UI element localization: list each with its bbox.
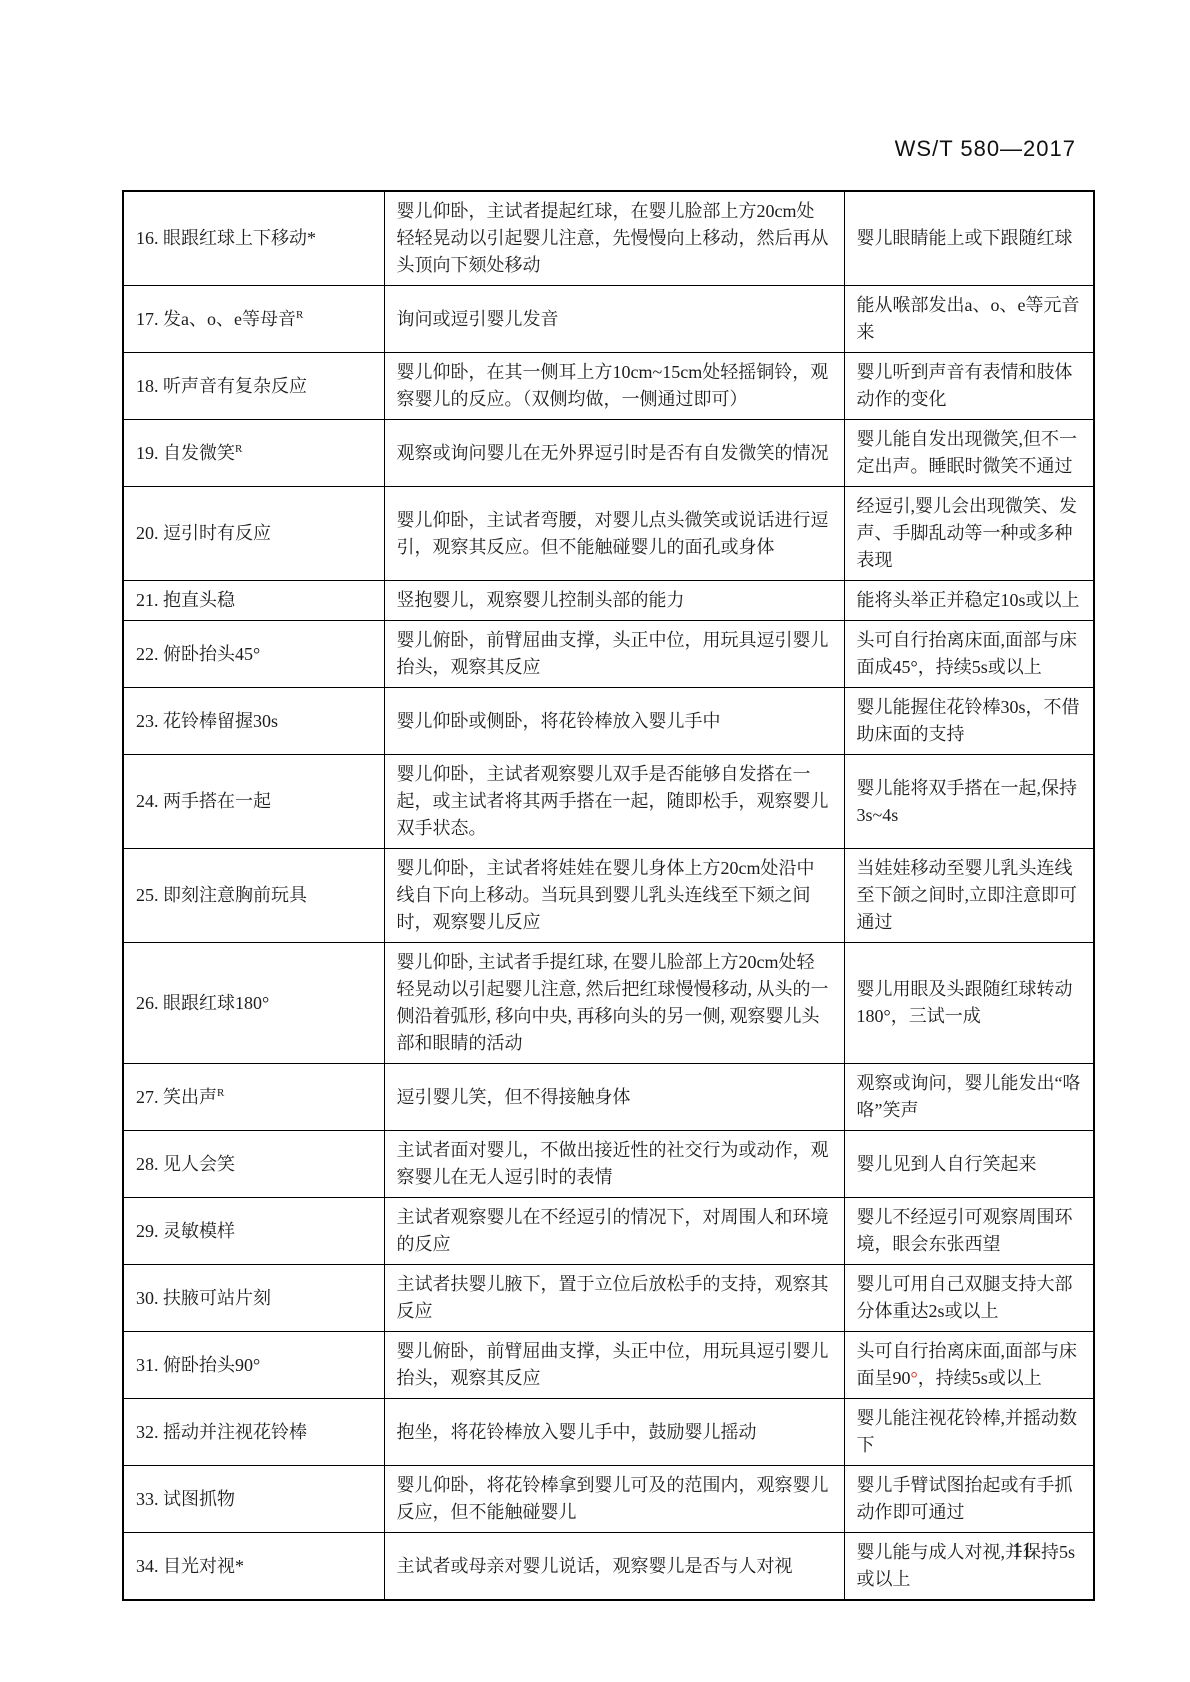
test-method-cell: 逗引婴儿笑，但不得接触身体 [384,1064,844,1131]
table-row: 34. 目光对视*主试者或母亲对婴儿说话，观察婴儿是否与人对视婴儿能与成人对视,… [123,1533,1094,1601]
item-name-cell: 25. 即刻注意胸前玩具 [123,849,384,943]
table-row: 33. 试图抓物婴儿仰卧，将花铃棒拿到婴儿可及的范围内，观察婴儿反应，但不能触碰… [123,1466,1094,1533]
table-row: 30. 扶腋可站片刻主试者扶婴儿腋下，置于立位后放松手的支持，观察其反应婴儿可用… [123,1265,1094,1332]
test-method-cell: 婴儿仰卧，将花铃棒拿到婴儿可及的范围内，观察婴儿反应，但不能触碰婴儿 [384,1466,844,1533]
item-name-cell: 22. 俯卧抬头45° [123,621,384,688]
item-superscript: R [235,443,242,455]
pass-criteria-cell: 婴儿能注视花铃棒,并摇动数下 [844,1399,1094,1466]
test-method-cell: 婴儿仰卧，在其一侧耳上方10cm~15cm处轻摇铜铃，观察婴儿的反应。（双侧均做… [384,353,844,420]
table-row: 20. 逗引时有反应婴儿仰卧，主试者弯腰，对婴儿点头微笑或说话进行逗引，观察其反… [123,487,1094,581]
table-row: 29. 灵敏模样主试者观察婴儿在不经逗引的情况下，对周围人和环境的反应婴儿不经逗… [123,1198,1094,1265]
item-superscript: R [296,309,303,321]
item-name-cell: 33. 试图抓物 [123,1466,384,1533]
item-name-cell: 17. 发a、o、e等母音R [123,286,384,353]
table-row: 25. 即刻注意胸前玩具婴儿仰卧，主试者将娃娃在婴儿身体上方20cm处沿中线自下… [123,849,1094,943]
pass-criteria-cell: 婴儿见到人自行笑起来 [844,1131,1094,1198]
item-name-cell: 27. 笑出声R [123,1064,384,1131]
doc-standard-number: WS/T 580—2017 [895,136,1076,162]
item-name-cell: 16. 眼跟红球上下移动* [123,191,384,286]
pass-criteria-cell: 婴儿听到声音有表情和肢体动作的变化 [844,353,1094,420]
page-number: 11 [1012,1538,1032,1563]
item-name-cell: 24. 两手搭在一起 [123,755,384,849]
item-name-cell: 21. 抱直头稳 [123,581,384,621]
table-row: 19. 自发微笑R观察或询问婴儿在无外界逗引时是否有自发微笑的情况婴儿能自发出现… [123,420,1094,487]
item-name-cell: 23. 花铃棒留握30s [123,688,384,755]
table-row: 26. 眼跟红球180°婴儿仰卧, 主试者手提红球, 在婴儿脸部上方20cm处轻… [123,943,1094,1064]
test-method-cell: 婴儿仰卧，主试者将娃娃在婴儿身体上方20cm处沿中线自下向上移动。当玩具到婴儿乳… [384,849,844,943]
table-row: 27. 笑出声R逗引婴儿笑，但不得接触身体观察或询问，婴儿能发出“咯咯”笑声 [123,1064,1094,1131]
table-row: 31. 俯卧抬头90°婴儿俯卧，前臂屈曲支撑，头正中位，用玩具逗引婴儿抬头，观察… [123,1332,1094,1399]
pass-criteria-cell: 婴儿能自发出现微笑,但不一定出声。睡眠时微笑不通过 [844,420,1094,487]
table-row: 32. 摇动并注视花铃棒抱坐，将花铃棒放入婴儿手中，鼓励婴儿摇动婴儿能注视花铃棒… [123,1399,1094,1466]
test-method-cell: 婴儿俯卧，前臂屈曲支撑，头正中位，用玩具逗引婴儿抬头，观察其反应 [384,621,844,688]
item-name-cell: 31. 俯卧抬头90° [123,1332,384,1399]
pass-criteria-cell: 头可自行抬离床面,面部与床面成45°，持续5s或以上 [844,621,1094,688]
test-method-cell: 主试者扶婴儿腋下，置于立位后放松手的支持，观察其反应 [384,1265,844,1332]
test-method-cell: 婴儿仰卧，主试者提起红球，在婴儿脸部上方20cm处轻轻晃动以引起婴儿注意，先慢慢… [384,191,844,286]
item-name-cell: 30. 扶腋可站片刻 [123,1265,384,1332]
pass-criteria-cell: 观察或询问，婴儿能发出“咯咯”笑声 [844,1064,1094,1131]
pass-criteria-cell: 婴儿用眼及头跟随红球转动180°，三试一成 [844,943,1094,1064]
test-method-cell: 抱坐，将花铃棒放入婴儿手中，鼓励婴儿摇动 [384,1399,844,1466]
pass-criteria-cell: 婴儿能握住花铃棒30s，不借助床面的支持 [844,688,1094,755]
test-method-cell: 观察或询问婴儿在无外界逗引时是否有自发微笑的情况 [384,420,844,487]
test-method-cell: 主试者观察婴儿在不经逗引的情况下，对周围人和环境的反应 [384,1198,844,1265]
pass-criteria-cell: 婴儿能与成人对视,并保持5s或以上 [844,1533,1094,1601]
item-name-cell: 32. 摇动并注视花铃棒 [123,1399,384,1466]
pass-criteria-cell: 婴儿眼睛能上或下跟随红球 [844,191,1094,286]
table-row: 23. 花铃棒留握30s婴儿仰卧或侧卧，将花铃棒放入婴儿手中婴儿能握住花铃棒30… [123,688,1094,755]
table-row: 18. 听声音有复杂反应婴儿仰卧，在其一侧耳上方10cm~15cm处轻摇铜铃，观… [123,353,1094,420]
test-method-cell: 询问或逗引婴儿发音 [384,286,844,353]
test-method-cell: 婴儿仰卧或侧卧，将花铃棒放入婴儿手中 [384,688,844,755]
item-name-cell: 34. 目光对视* [123,1533,384,1601]
pass-criteria-cell: 婴儿不经逗引可观察周围环境，眼会东张西望 [844,1198,1094,1265]
test-method-cell: 婴儿俯卧，前臂屈曲支撑，头正中位，用玩具逗引婴儿抬头，观察其反应 [384,1332,844,1399]
red-degree-mark: ° [911,1368,918,1388]
pass-criteria-cell: 经逗引,婴儿会出现微笑、发声、手脚乱动等一种或多种表现 [844,487,1094,581]
pass-criteria-cell: 能从喉部发出a、o、e等元音来 [844,286,1094,353]
pass-criteria-cell: 能将头举正并稳定10s或以上 [844,581,1094,621]
table-row: 21. 抱直头稳竖抱婴儿，观察婴儿控制头部的能力能将头举正并稳定10s或以上 [123,581,1094,621]
test-method-cell: 主试者面对婴儿，不做出接近性的社交行为或动作，观察婴儿在无人逗引时的表情 [384,1131,844,1198]
test-method-cell: 竖抱婴儿，观察婴儿控制头部的能力 [384,581,844,621]
pass-criteria-cell: 婴儿手臂试图抬起或有手抓动作即可通过 [844,1466,1094,1533]
item-name-cell: 20. 逗引时有反应 [123,487,384,581]
pass-criteria-cell: 头可自行抬离床面,面部与床面呈90°，持续5s或以上 [844,1332,1094,1399]
item-name-cell: 19. 自发微笑R [123,420,384,487]
pass-criteria-cell: 婴儿能将双手搭在一起,保持3s~4s [844,755,1094,849]
table-row: 22. 俯卧抬头45°婴儿俯卧，前臂屈曲支撑，头正中位，用玩具逗引婴儿抬头，观察… [123,621,1094,688]
test-method-cell: 婴儿仰卧，主试者观察婴儿双手是否能够自发搭在一起，或主试者将其两手搭在一起，随即… [384,755,844,849]
item-name-cell: 18. 听声音有复杂反应 [123,353,384,420]
test-method-cell: 婴儿仰卧，主试者弯腰，对婴儿点头微笑或说话进行逗引，观察其反应。但不能触碰婴儿的… [384,487,844,581]
table-row: 24. 两手搭在一起婴儿仰卧，主试者观察婴儿双手是否能够自发搭在一起，或主试者将… [123,755,1094,849]
assessment-table: 16. 眼跟红球上下移动*婴儿仰卧，主试者提起红球，在婴儿脸部上方20cm处轻轻… [122,190,1095,1601]
pass-criteria-cell: 婴儿可用自己双腿支持大部分体重达2s或以上 [844,1265,1094,1332]
pass-criteria-cell: 当娃娃移动至婴儿乳头连线至下颌之间时,立即注意即可通过 [844,849,1094,943]
assessment-table-body: 16. 眼跟红球上下移动*婴儿仰卧，主试者提起红球，在婴儿脸部上方20cm处轻轻… [123,191,1094,1600]
test-method-cell: 婴儿仰卧, 主试者手提红球, 在婴儿脸部上方20cm处轻轻晃动以引起婴儿注意, … [384,943,844,1064]
test-method-cell: 主试者或母亲对婴儿说话，观察婴儿是否与人对视 [384,1533,844,1601]
item-name-cell: 29. 灵敏模样 [123,1198,384,1265]
table-row: 17. 发a、o、e等母音R询问或逗引婴儿发音能从喉部发出a、o、e等元音来 [123,286,1094,353]
table-row: 28. 见人会笑主试者面对婴儿，不做出接近性的社交行为或动作，观察婴儿在无人逗引… [123,1131,1094,1198]
table-row: 16. 眼跟红球上下移动*婴儿仰卧，主试者提起红球，在婴儿脸部上方20cm处轻轻… [123,191,1094,286]
item-name-cell: 28. 见人会笑 [123,1131,384,1198]
item-name-cell: 26. 眼跟红球180° [123,943,384,1064]
item-superscript: R [217,1087,224,1099]
